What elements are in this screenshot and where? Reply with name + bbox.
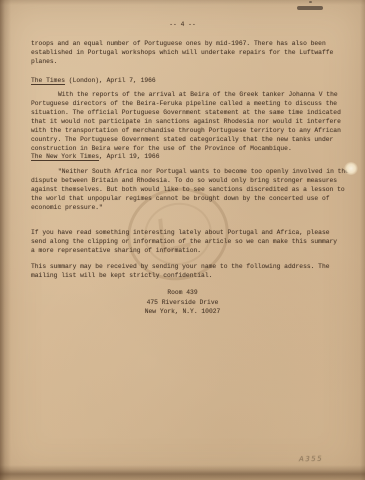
page-number: -- 4 -- (0, 20, 365, 29)
paragraph-continuation: troops and an equal number of Portuguese… (31, 39, 361, 66)
citation-heading-nyt: The New York Times, April 19, 1966 (31, 152, 361, 161)
paragraph-subscribe: This summary may be received by sending … (31, 262, 361, 280)
citation-date-nyt: , April 19, 1966 (99, 153, 159, 160)
citation-title-times: The Times (31, 77, 65, 84)
address-block: Room 439 475 Riverside Drive New York, N… (0, 288, 365, 317)
citation-heading-times: The Times (London), April 7, 1966 (31, 76, 361, 85)
citation-title-nyt: The New York Times (31, 153, 99, 160)
page-edge-right-shadow (360, 0, 365, 480)
page-edge-bottom-shadow (0, 465, 365, 480)
citation-date-times: (London), April 7, 1966 (65, 77, 156, 84)
scanned-document-page: { "page": { "page_number": "-- 4 --", "p… (0, 0, 365, 480)
paper-hole-spot (344, 162, 358, 175)
pencil-annotation: A355 (299, 455, 323, 463)
page-edge-top-shadow (0, 0, 365, 5)
paragraph-times-report: With the reports of the arrival at Beira… (31, 90, 361, 153)
staple-smudge-mark (297, 6, 323, 10)
paragraph-quote: "Neither South Africa nor Portugal wants… (31, 167, 361, 212)
page-edge-left-shadow (0, 0, 11, 480)
paragraph-request: If you have read something interesting l… (31, 228, 361, 255)
